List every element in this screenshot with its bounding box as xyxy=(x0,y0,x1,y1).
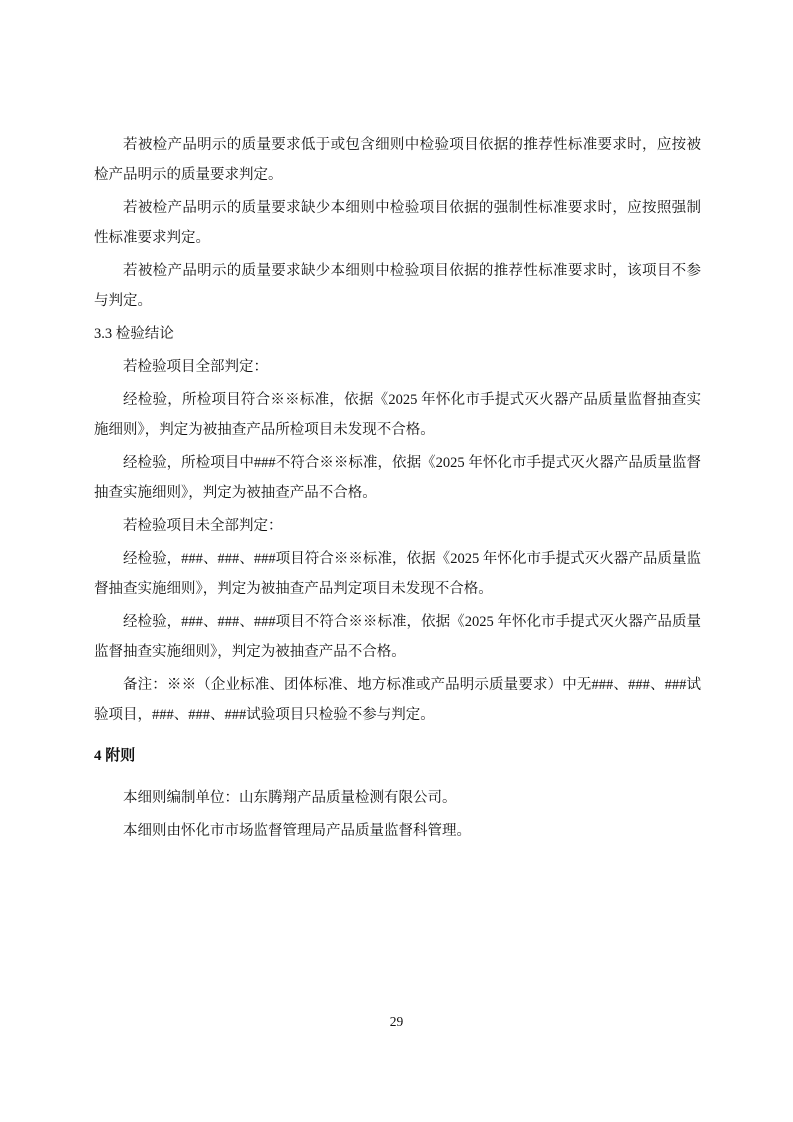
body-paragraph: 本细则编制单位：山东腾翔产品质量检测有限公司。 xyxy=(94,783,701,813)
page-number: 29 xyxy=(0,1012,793,1032)
body-paragraph: 若被检产品明示的质量要求缺少本细则中检验项目依据的强制性标准要求时，应按照强制性… xyxy=(94,193,701,253)
body-paragraph: 本细则由怀化市市场监督管理局产品质量监督科管理。 xyxy=(94,816,701,846)
body-paragraph: 若被检产品明示的质量要求缺少本细则中检验项目依据的推荐性标准要求时，该项目不参与… xyxy=(94,256,701,316)
body-paragraph: 若检验项目未全部判定： xyxy=(94,511,701,541)
body-paragraph: 经检验，###、###、###项目不符合※※标准，依据《2025 年怀化市手提式… xyxy=(94,607,701,667)
document-page: 若被检产品明示的质量要求低于或包含细则中检验项目依据的推荐性标准要求时，应按被检… xyxy=(0,0,793,1122)
document-content: 若被检产品明示的质量要求低于或包含细则中检验项目依据的推荐性标准要求时，应按被检… xyxy=(94,130,701,849)
body-paragraph: 经检验，所检项目中###不符合※※标准，依据《2025 年怀化市手提式灭火器产品… xyxy=(94,448,701,508)
body-paragraph: 若被检产品明示的质量要求低于或包含细则中检验项目依据的推荐性标准要求时，应按被检… xyxy=(94,130,701,190)
body-paragraph: 备注：※※（企业标准、团体标准、地方标准或产品明示质量要求）中无###、###、… xyxy=(94,670,701,730)
section-heading-4: 4 附则 xyxy=(94,741,701,771)
body-paragraph: 经检验，所检项目符合※※标准，依据《2025 年怀化市手提式灭火器产品质量监督抽… xyxy=(94,385,701,445)
section-heading-3-3: 3.3 检验结论 xyxy=(94,319,701,349)
body-paragraph: 经检验，###、###、###项目符合※※标准，依据《2025 年怀化市手提式灭… xyxy=(94,544,701,604)
body-paragraph: 若检验项目全部判定： xyxy=(94,352,701,382)
